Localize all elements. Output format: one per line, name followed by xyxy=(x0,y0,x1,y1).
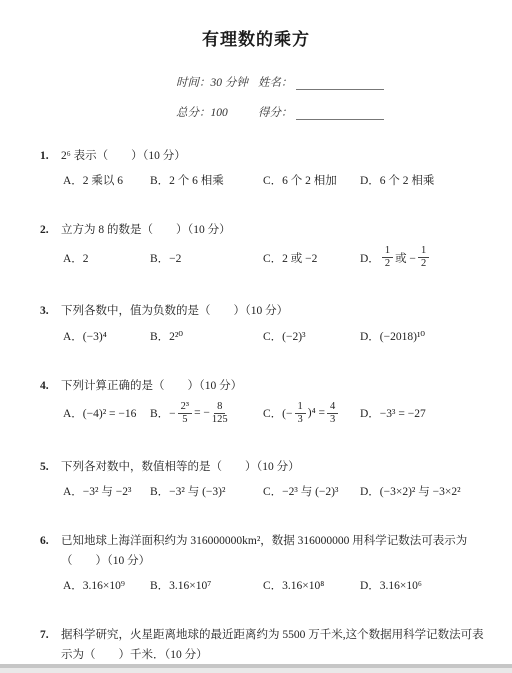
q1-option-a: A．2 乘以 6 xyxy=(63,171,150,189)
q4-option-b: B．−2³5 = −8125 xyxy=(150,401,263,426)
q1-option-c: C．6 个 2 相加 xyxy=(263,171,360,189)
question-number: 5. xyxy=(40,457,61,477)
question-number: 1. xyxy=(40,146,61,166)
meta-row-1: 时间：30 分钟 姓名： xyxy=(176,74,512,90)
q2-option-d: D．12 或 −12 xyxy=(360,245,494,270)
q2-option-c: C．2 或 −2 xyxy=(263,249,360,267)
question-6: 6. 已知地球上海洋面积约为 316000000km²，数据 316000000… xyxy=(40,531,494,594)
q3-option-a: A．(−3)⁴ xyxy=(63,327,150,345)
question-1-head: 1. 2⁶ 表示（ ）（10 分） xyxy=(40,146,494,166)
meta-row-2: 总分：100 得分： xyxy=(176,104,512,120)
question-1-options: A．2 乘以 6 B．2 个 6 相乘 C．6 个 2 相加 D．6 个 2 相… xyxy=(63,171,494,189)
q1-option-d: D．6 个 2 相乘 xyxy=(360,171,494,189)
question-1: 1. 2⁶ 表示（ ）（10 分） A．2 乘以 6 B．2 个 6 相乘 C．… xyxy=(40,146,494,189)
score-label: 得分： xyxy=(258,104,293,120)
question-number: 4. xyxy=(40,376,61,396)
meta-block: 时间：30 分钟 姓名： 总分：100 得分： xyxy=(176,74,512,120)
question-number: 3. xyxy=(40,301,61,321)
question-list: 1. 2⁶ 表示（ ）（10 分） A．2 乘以 6 B．2 个 6 相乘 C．… xyxy=(0,146,512,665)
time-label: 时间：30 分钟 xyxy=(176,74,258,90)
question-number: 6. xyxy=(40,531,61,571)
question-stem: 据科学研究，火星距离地球的最近距离约为 5500 万千米,这个数据用科学记数法可… xyxy=(61,625,494,665)
question-stem: 2⁶ 表示（ ）（10 分） xyxy=(61,146,494,166)
q6-option-b: B．3.16×10⁷ xyxy=(150,576,263,594)
q4-option-a: A．(−4)² = −16 xyxy=(63,404,150,422)
name-label: 姓名： xyxy=(258,74,293,90)
question-stem: 立方为 8 的数是（ ）（10 分） xyxy=(61,220,494,240)
q6-option-d: D．3.16×10⁶ xyxy=(360,576,494,594)
q6-option-a: A．3.16×10⁹ xyxy=(63,576,150,594)
q5-option-d: D．(−3×2)² 与 −3×2² xyxy=(360,482,494,500)
question-stem: 下列各对数中，数值相等的是（ ）（10 分） xyxy=(61,457,494,477)
question-stem: 已知地球上海洋面积约为 316000000km²，数据 316000000 用科… xyxy=(61,531,494,571)
q5-option-b: B．−3² 与 (−3)² xyxy=(150,482,263,500)
name-blank-line xyxy=(296,77,384,90)
question-3-options: A．(−3)⁴ B．2²⁰ C．(−2)³ D．(−2018)¹⁰ xyxy=(63,327,494,345)
score-field: 得分： xyxy=(258,104,384,120)
question-stem: 下列计算正确的是（ ）（10 分） xyxy=(61,376,494,396)
q3-option-d: D．(−2018)¹⁰ xyxy=(360,327,494,345)
page-bottom-edge xyxy=(0,664,512,673)
question-5-options: A．−3² 与 −2³ B．−3² 与 (−3)² C．−2³ 与 (−2)³ … xyxy=(63,482,494,500)
document-page: 有理数的乘方 时间：30 分钟 姓名： 总分：100 得分： 1. 2⁶ 表示（… xyxy=(0,0,512,673)
q5-option-c: C．−2³ 与 (−2)³ xyxy=(263,482,360,500)
score-blank-line xyxy=(296,107,384,120)
question-4-options: A．(−4)² = −16 B．−2³5 = −8125 C．(−13)⁴ = … xyxy=(63,401,494,426)
q2-option-b: B．−2 xyxy=(150,249,263,267)
question-6-head: 6. 已知地球上海洋面积约为 316000000km²，数据 316000000… xyxy=(40,531,494,571)
question-2-options: A．2 B．−2 C．2 或 −2 D．12 或 −12 xyxy=(63,245,494,270)
q3-option-c: C．(−2)³ xyxy=(263,327,360,345)
question-stem: 下列各数中，值为负数的是（ ）（10 分） xyxy=(61,301,494,321)
question-2: 2. 立方为 8 的数是（ ）（10 分） A．2 B．−2 C．2 或 −2 … xyxy=(40,220,494,270)
question-4: 4. 下列计算正确的是（ ）（10 分） A．(−4)² = −16 B．−2³… xyxy=(40,376,494,426)
name-field: 姓名： xyxy=(258,74,384,90)
page-title: 有理数的乘方 xyxy=(0,0,512,50)
question-4-head: 4. 下列计算正确的是（ ）（10 分） xyxy=(40,376,494,396)
q2-option-a: A．2 xyxy=(63,249,150,267)
q1-option-b: B．2 个 6 相乘 xyxy=(150,171,263,189)
question-2-head: 2. 立方为 8 的数是（ ）（10 分） xyxy=(40,220,494,240)
question-number: 2. xyxy=(40,220,61,240)
question-7-head: 7. 据科学研究，火星距离地球的最近距离约为 5500 万千米,这个数据用科学记… xyxy=(40,625,494,665)
question-6-options: A．3.16×10⁹ B．3.16×10⁷ C．3.16×10⁸ D．3.16×… xyxy=(63,576,494,594)
q4-option-d: D．−3³ = −27 xyxy=(360,404,494,422)
question-7: 7. 据科学研究，火星距离地球的最近距离约为 5500 万千米,这个数据用科学记… xyxy=(40,625,494,665)
question-3: 3. 下列各数中，值为负数的是（ ）（10 分） A．(−3)⁴ B．2²⁰ C… xyxy=(40,301,494,344)
question-number: 7. xyxy=(40,625,61,665)
question-3-head: 3. 下列各数中，值为负数的是（ ）（10 分） xyxy=(40,301,494,321)
question-5: 5. 下列各对数中，数值相等的是（ ）（10 分） A．−3² 与 −2³ B．… xyxy=(40,457,494,500)
q5-option-a: A．−3² 与 −2³ xyxy=(63,482,150,500)
q6-option-c: C．3.16×10⁸ xyxy=(263,576,360,594)
total-score-label: 总分：100 xyxy=(176,104,258,120)
q3-option-b: B．2²⁰ xyxy=(150,327,263,345)
q4-option-c: C．(−13)⁴ = 43 xyxy=(263,401,360,426)
question-5-head: 5. 下列各对数中，数值相等的是（ ）（10 分） xyxy=(40,457,494,477)
